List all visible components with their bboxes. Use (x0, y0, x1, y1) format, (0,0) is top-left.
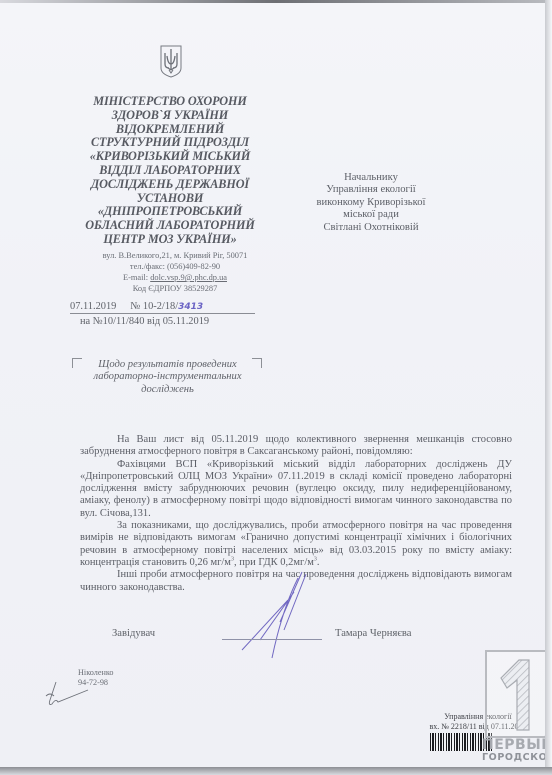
org-line: ОБЛАСНИЙ ЛАБОРАТОРНИЙ (70, 219, 270, 233)
scan-top-edge (0, 0, 552, 3)
org-line: ВІДДІЛ ЛАБОРАТОРНИХ (70, 164, 270, 178)
recipient-line: виконкому Криворізької (296, 197, 446, 209)
subject-block: Щодо результатів проведених лабораторно-… (75, 359, 260, 396)
reply-to-reference: на №10/11/840 від 05.11.2019 (80, 316, 209, 327)
handwritten-number: 3413 (178, 302, 203, 312)
address: вул. В.Великого,21, м. Кривий Ріг, 50071 (70, 250, 280, 261)
handwritten-initials-icon (42, 680, 92, 710)
outgoing-date: 07.11.2019 (70, 301, 116, 312)
executor-name: Ніколенко (78, 668, 114, 678)
ukraine-trident-emblem-icon (159, 44, 183, 78)
watermark-text: ПЕРВЫЙ ГОРОДСКОЙ (482, 738, 550, 763)
subject-line: Щодо результатів проведених (75, 359, 260, 371)
outgoing-reference: 07.11.2019№ 10-2/18/3413 (70, 301, 255, 314)
edrpou-code: Код ЄДРПОУ 38529287 (70, 283, 280, 294)
org-line: МІНІСТЕРСТВО ОХОРОНИ (70, 95, 270, 109)
email-link[interactable]: dolc.vsp.9@.phc.dp.ua (150, 273, 227, 282)
watermark-frame (485, 650, 547, 738)
scan-right-edge (545, 0, 552, 775)
subject-line: лабораторно-інструментальних (75, 371, 260, 383)
paragraph-3: За показниками, що досліджувались, проби… (80, 520, 512, 569)
subject-line: досліджень (75, 384, 260, 396)
recipient-block: Начальнику Управління екології виконкому… (296, 172, 446, 234)
org-line: ЦЕНТР МОЗ УКРАЇНИ» (70, 233, 270, 247)
org-line: ЗДОРОВ`Я УКРАЇНИ (70, 109, 270, 123)
signatory-name: Тамара Черняєва (335, 628, 411, 639)
org-line: «КРИВОРІЗЬКИЙ МІСЬКИЙ (70, 150, 270, 164)
recipient-line: міської ради (296, 209, 446, 221)
organization-contacts: вул. В.Великого,21, м. Кривий Ріг, 50071… (70, 250, 280, 294)
organization-name: МІНІСТЕРСТВО ОХОРОНИ ЗДОРОВ`Я УКРАЇНИ ВІ… (70, 95, 270, 247)
scan-bottom-edge (0, 767, 552, 775)
email-line: E-mail: dolc.vsp.9@.phc.dp.ua (70, 272, 280, 283)
watermark-line-1: ПЕРВЫЙ (482, 738, 550, 752)
paragraph-2: Фахівцями ВСП «Криворізький міський відд… (80, 459, 512, 520)
outgoing-number: № 10-2/18/ (130, 301, 178, 312)
watermark-logo: ПЕРВЫЙ ГОРОДСКОЙ (482, 650, 548, 770)
recipient-line: Начальнику (296, 172, 446, 184)
recipient-line: Управління екології (296, 184, 446, 196)
paragraph-1: На Ваш лист від 05.11.2019 щодо колектив… (80, 434, 512, 459)
handwritten-signature-icon (232, 570, 322, 660)
recipient-line: Світлані Охотніковій (296, 222, 446, 234)
signatory-title: Завідувач (112, 628, 155, 639)
number-one-logo-icon (487, 652, 545, 736)
org-line: ДОСЛІДЖЕНЬ ДЕРЖАВНОЇ (70, 178, 270, 192)
signature-line (222, 639, 322, 640)
watermark-line-2: ГОРОДСКОЙ (482, 752, 550, 763)
phone-fax: тел./факс: (056)409-82-90 (70, 261, 280, 272)
document-page: МІНІСТЕРСТВО ОХОРОНИ ЗДОРОВ`Я УКРАЇНИ ВІ… (0, 0, 545, 768)
